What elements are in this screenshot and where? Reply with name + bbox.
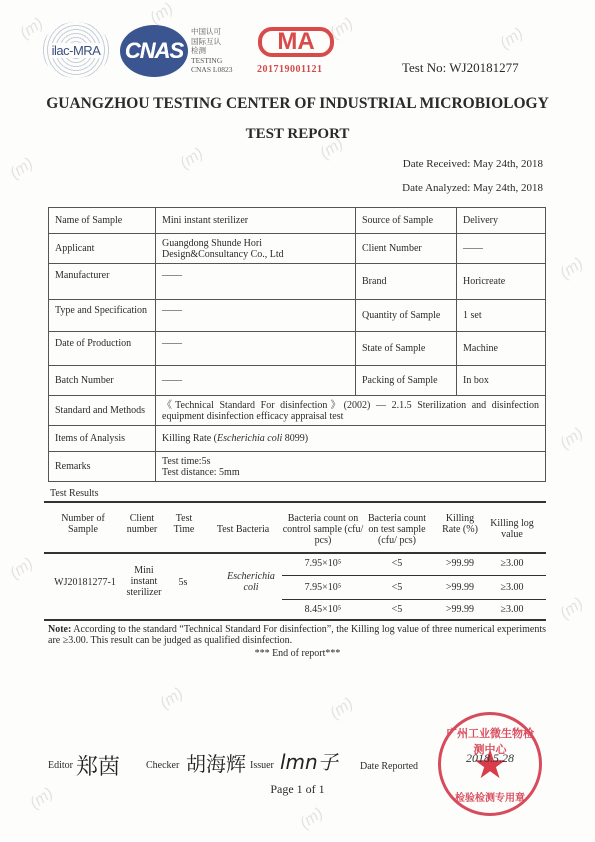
- watermark: (m): [7, 555, 37, 584]
- divider: [44, 619, 546, 621]
- control-count: 8.45×10⁵: [282, 604, 364, 615]
- cnas-text-line: 中国认可: [191, 27, 232, 37]
- table-row: Type and Specification —— Quantity of Sa…: [49, 300, 546, 332]
- header-killing-rate: Killing Rate (%): [440, 513, 480, 535]
- value-name-of-sample: Mini instant sterilizer: [156, 208, 356, 234]
- test-count: <5: [364, 604, 430, 615]
- watermark: (m): [327, 695, 357, 724]
- row-divider: [282, 599, 546, 600]
- label-quantity: Quantity of Sample: [356, 300, 457, 332]
- watermark: (m): [557, 425, 587, 454]
- editor-label: Editor: [48, 760, 73, 771]
- table-row: Batch Number —— Packing of Sample In box: [49, 366, 546, 396]
- label-manufacturer: Manufacturer: [49, 264, 156, 300]
- killing-log: ≥3.00: [484, 558, 540, 569]
- value-applicant: Guangdong Shunde Hori Design&Consultancy…: [156, 234, 356, 264]
- table-row: Name of Sample Mini instant sterilizer S…: [49, 208, 546, 234]
- control-count: 7.95×10⁵: [282, 558, 364, 569]
- test-count: <5: [364, 582, 430, 593]
- label-date-of-production: Date of Production: [49, 332, 156, 366]
- editor-signature: 郑茵: [76, 750, 120, 781]
- value-source-of-sample: Delivery: [457, 208, 546, 234]
- header-control-count: Bacteria count on control sample (cfu/ p…: [282, 513, 364, 546]
- watermark: (m): [147, 0, 177, 28]
- label-name-of-sample: Name of Sample: [49, 208, 156, 234]
- watermark: (m): [7, 155, 37, 184]
- label-applicant: Applicant: [49, 234, 156, 264]
- watermark: (m): [557, 255, 587, 284]
- value-packing: In box: [457, 366, 546, 396]
- header-test-bacteria: Test Bacteria: [205, 524, 281, 535]
- note-label: Note:: [48, 624, 71, 635]
- sample-number: WJ20181277-1: [44, 577, 126, 588]
- label-standard: Standard and Methods: [49, 396, 156, 426]
- value-items-of-analysis: Killing Rate (Escherichia coli 8099): [156, 426, 546, 452]
- organization-title: GUANGZHOU TESTING CENTER OF INDUSTRIAL M…: [0, 95, 595, 113]
- watermark: (m): [297, 805, 327, 834]
- cnas-logo: CNAS: [120, 25, 188, 77]
- date-reported-label: Date Reported: [360, 761, 418, 772]
- killing-rate: >99.99: [430, 582, 490, 593]
- ilac-logo-text: ilac-MRA: [51, 43, 102, 58]
- sample-info-table: Name of Sample Mini instant sterilizer S…: [48, 207, 546, 482]
- header-client-number: Client number: [122, 513, 162, 535]
- checker-signature: 胡海辉: [186, 748, 246, 777]
- cma-logo-text: MA: [277, 28, 314, 56]
- value-remarks: Test time:5s Test distance: 5mm: [156, 452, 546, 482]
- remarks-line: Test distance: 5mm: [162, 467, 539, 478]
- test-results-label: Test Results: [50, 488, 98, 499]
- label-batch-number: Batch Number: [49, 366, 156, 396]
- date-analyzed: Date Analyzed: May 24th, 2018: [402, 182, 543, 194]
- value-batch-number: ——: [156, 366, 356, 396]
- cnas-text-line: TESTING: [191, 56, 232, 66]
- label-packing: Packing of Sample: [356, 366, 457, 396]
- stamp-date: 2018.5.28: [441, 751, 539, 766]
- value-type-spec: ——: [156, 300, 356, 332]
- official-seal-stamp: 广州工业微生物检测中心 ★ 2018.5.28 检验检测专用章: [438, 712, 542, 816]
- stamp-bottom-text: 检验检测专用章: [441, 789, 539, 804]
- watermark: (m): [497, 25, 527, 54]
- header-number-of-sample: Number of Sample: [50, 513, 116, 535]
- cnas-accreditation-text: 中国认可 国际互认 检测 TESTING CNAS L0823: [191, 27, 232, 75]
- note-text: According to the standard “Technical Sta…: [48, 624, 546, 646]
- test-count: <5: [364, 558, 430, 569]
- client-number: Mini instant sterilizer: [124, 565, 164, 598]
- cnas-text-line: CNAS L0823: [191, 65, 232, 75]
- report-title: TEST REPORT: [0, 126, 595, 143]
- divider: [44, 501, 546, 503]
- value-date-of-production: ——: [156, 332, 356, 366]
- date-received: Date Received: May 24th, 2018: [403, 158, 543, 170]
- table-row: Remarks Test time:5s Test distance: 5mm: [49, 452, 546, 482]
- end-of-report: *** End of report***: [0, 648, 595, 659]
- value-brand: Horicreate: [457, 264, 546, 300]
- header-test-count: Bacteria count on test sample (cfu/ pcs): [364, 513, 430, 546]
- checker-label: Checker: [146, 760, 179, 771]
- watermark: (m): [17, 15, 47, 44]
- cnas-text-line: 国际互认: [191, 37, 232, 47]
- killing-log: ≥3.00: [484, 604, 540, 615]
- header-killing-log: Killing log value: [484, 518, 540, 540]
- value-standard: 《Technical Standard For disinfection》(20…: [156, 396, 546, 426]
- label-state: State of Sample: [356, 332, 457, 366]
- row-divider: [282, 575, 546, 576]
- test-time: 5s: [168, 577, 198, 588]
- killing-rate: >99.99: [430, 604, 490, 615]
- table-row: Standard and Methods 《Technical Standard…: [49, 396, 546, 426]
- issuer-label: Issuer: [250, 760, 274, 771]
- value-state: Machine: [457, 332, 546, 366]
- remarks-line: Test time:5s: [162, 456, 539, 467]
- label-type-spec: Type and Specification: [49, 300, 156, 332]
- header-test-time: Test Time: [170, 513, 198, 535]
- issuer-signature: lmn子: [280, 746, 338, 775]
- label-items-of-analysis: Items of Analysis: [49, 426, 156, 452]
- killing-rate: >99.99: [430, 558, 490, 569]
- test-number: Test No: WJ20181277: [402, 60, 519, 76]
- label-brand: Brand: [356, 264, 457, 300]
- table-row: Items of Analysis Killing Rate (Escheric…: [49, 426, 546, 452]
- label-client-number: Client Number: [356, 234, 457, 264]
- watermark: (m): [177, 145, 207, 174]
- value-manufacturer: ——: [156, 264, 356, 300]
- label-source-of-sample: Source of Sample: [356, 208, 457, 234]
- control-count: 7.95×10⁵: [282, 582, 364, 593]
- cnas-text-line: 检测: [191, 46, 232, 56]
- cma-logo: MA: [258, 27, 334, 57]
- table-row: Manufacturer —— Brand Horicreate: [49, 264, 546, 300]
- value-quantity: 1 set: [457, 300, 546, 332]
- test-bacteria: Escherichia coli: [226, 571, 276, 593]
- watermark: (m): [557, 595, 587, 624]
- items-prefix: Killing Rate (: [162, 433, 217, 444]
- killing-log: ≥3.00: [484, 582, 540, 593]
- value-client-number: ——: [457, 234, 546, 264]
- divider: [44, 552, 546, 554]
- cma-number: 201719001121: [257, 64, 322, 75]
- label-remarks: Remarks: [49, 452, 156, 482]
- watermark: (m): [157, 685, 187, 714]
- items-suffix: 8099): [282, 433, 308, 444]
- cnas-logo-text: CNAS: [125, 38, 183, 64]
- items-bacteria: Escherichia coli: [217, 433, 282, 444]
- table-row: Applicant Guangdong Shunde Hori Design&C…: [49, 234, 546, 264]
- note: Note: According to the standard “Technic…: [48, 624, 546, 646]
- ilac-mra-logo: ilac-MRA: [42, 22, 110, 78]
- table-row: Date of Production —— State of Sample Ma…: [49, 332, 546, 366]
